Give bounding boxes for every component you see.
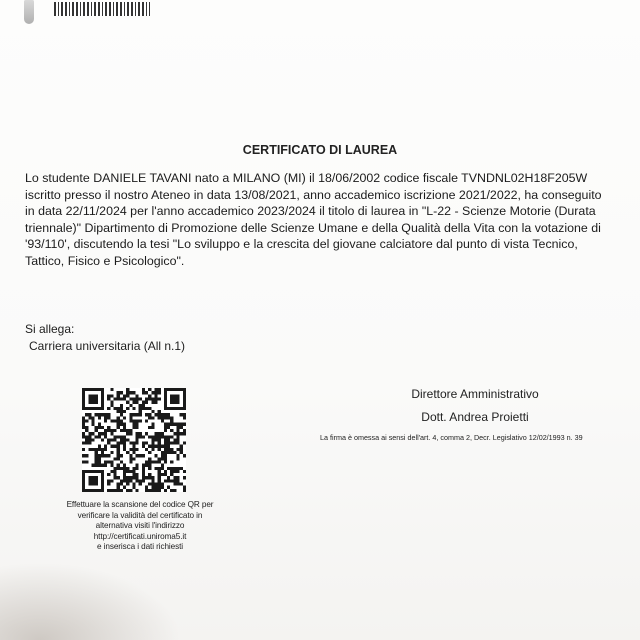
certificate-body: Lo studente DANIELE TAVANI nato a MILANO…: [25, 170, 615, 270]
document-title: CERTIFICATO DI LAUREA: [0, 143, 640, 157]
body-line: Lo studente DANIELE TAVANI nato a MILANO…: [25, 170, 615, 187]
qr-caption: Effettuare la scansione del codice QR pe…: [50, 500, 230, 553]
qr-code-icon[interactable]: [82, 385, 186, 495]
attachment-item: Carriera universitaria (All n.1): [29, 339, 185, 353]
certificate-page: CERTIFICATO DI LAUREA Lo studente DANIEL…: [0, 0, 640, 640]
barcode-icon: [54, 2, 150, 16]
body-line: Tattico, Fisico e Psicologico".: [25, 253, 615, 270]
signatory-name: Dott. Andrea Proietti: [300, 410, 640, 424]
body-line: '93/110', discutendo la tesi "Lo svilupp…: [25, 236, 615, 253]
signatory-role: Direttore Amministrativo: [300, 387, 640, 401]
qr-caption-line: alternativa visiti l'indirizzo: [50, 521, 230, 532]
verification-url[interactable]: http://certificati.uniroma5.it: [50, 532, 230, 543]
qr-caption-line: verificare la validità del certificato i…: [50, 511, 230, 522]
attachments-label: Si allega:: [25, 322, 74, 336]
qr-caption-line: Effettuare la scansione del codice QR pe…: [50, 500, 230, 511]
body-line: triennale)" Dipartimento di Promozione d…: [25, 220, 615, 237]
body-line: iscritto presso il nostro Ateneo in data…: [25, 187, 615, 204]
signature-legal-note: La firma è omessa ai sensi dell'art. 4, …: [320, 433, 583, 442]
body-line: in data 22/11/2024 per l'anno accademico…: [25, 203, 615, 220]
qr-caption-line: e inserisca i dati richiesti: [50, 542, 230, 553]
university-logo-icon: [24, 0, 34, 24]
